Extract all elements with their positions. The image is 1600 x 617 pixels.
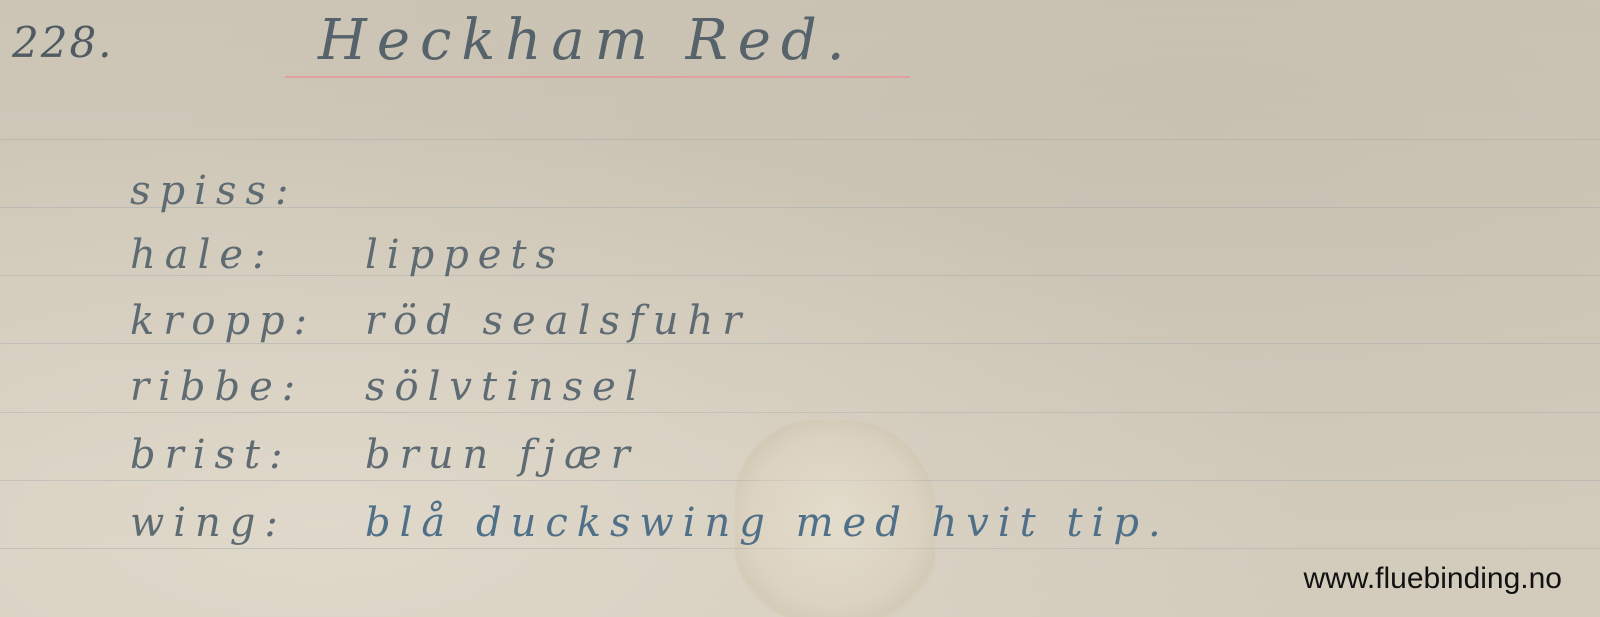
recipe-value: brun fjær <box>365 432 639 478</box>
recipe-row-spiss: spiss: <box>130 168 365 214</box>
entry-number: 228. <box>12 18 114 67</box>
recipe-value: sölvtinsel <box>365 364 647 410</box>
recipe-label: wing: <box>130 500 365 546</box>
recipe-label: spiss: <box>130 168 365 214</box>
recipe-value: lippets <box>365 232 565 278</box>
recipe-label: hale: <box>130 232 365 278</box>
recipe-row-ribbe: ribbe:sölvtinsel <box>130 364 647 410</box>
recipe-label: kropp: <box>130 298 365 344</box>
recipe-row-kropp: kropp:röd sealsfuhr <box>130 298 750 344</box>
recipe-row-wing: wing:blå duckswing med hvit tip. <box>130 500 1170 546</box>
title-underline <box>285 76 910 78</box>
recipe-value: röd sealsfuhr <box>365 298 750 344</box>
website-watermark: www.fluebinding.no <box>1303 562 1562 596</box>
recipe-label: ribbe: <box>130 364 365 410</box>
fly-pattern-title: Heckham Red. <box>318 8 855 73</box>
recipe-row-hale: hale:lippets <box>130 232 565 278</box>
recipe-value: blå duckswing med hvit tip. <box>365 500 1170 546</box>
scanned-notebook-page: 228. Heckham Red. spiss: hale:lippets kr… <box>0 0 1600 617</box>
recipe-row-brist: brist:brun fjær <box>130 432 639 478</box>
ruled-line <box>0 412 1600 413</box>
ruled-line <box>0 139 1600 140</box>
recipe-label: brist: <box>130 432 365 478</box>
